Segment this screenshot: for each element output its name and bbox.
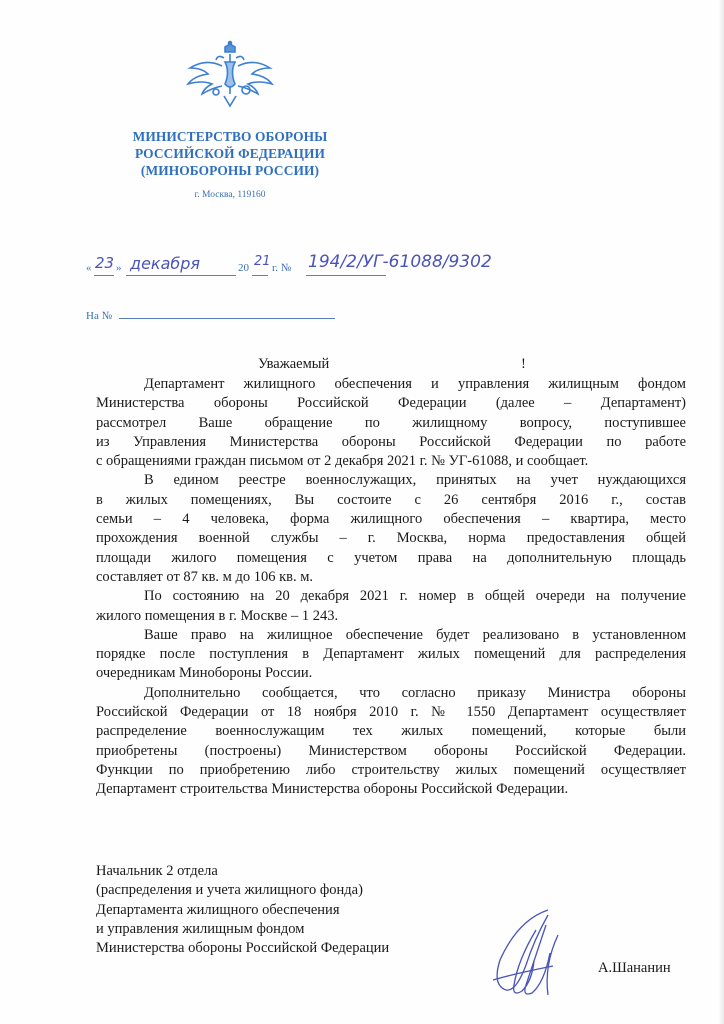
handwritten-signature-icon	[488, 905, 568, 1005]
signatory-line: Начальник 2 отдела	[96, 862, 389, 881]
year-suffix: 21	[254, 254, 271, 269]
text-line: По состоянию на 20 декабря 2021 г. номер…	[96, 587, 686, 606]
text-line: порядке после поступления в Департамент …	[96, 645, 686, 664]
ministry-name-line-1: МИНИСТЕРСТВО ОБОРОНЫ	[110, 128, 350, 145]
reference-value	[119, 308, 335, 319]
date-month: декабря	[130, 254, 200, 273]
year-prefix: 20	[238, 262, 249, 274]
text-line: Департамент строительства Министерства о…	[96, 780, 686, 799]
text-line: семьи – 4 человека, форма жилищного обес…	[96, 510, 686, 529]
text-line: в жилых помещениях, Вы состоите с 26 сен…	[96, 491, 686, 510]
ministry-address: г. Москва, 119160	[110, 190, 350, 200]
paragraph-4: Ваше право на жилищное обеспечение будет…	[96, 626, 686, 684]
text-line: Департамент жилищного обеспечения и упра…	[96, 375, 686, 394]
text-line: Функции по приобретению либо строительст…	[96, 761, 686, 780]
reference-line: На №	[86, 308, 335, 322]
number-label: г. №	[272, 262, 291, 274]
text-line: распределение военнослужащим тех жилых п…	[96, 722, 686, 741]
letter-page: МИНИСТЕРСТВО ОБОРОНЫ РОССИЙСКОЙ ФЕДЕРАЦИ…	[0, 0, 724, 1024]
text-line: приобретены (построены) Министерством об…	[96, 742, 686, 761]
reference-label: На №	[86, 310, 112, 322]
ministry-name-line-3: (МИНОБОРОНЫ РОССИИ)	[110, 162, 350, 179]
greeting: Уважаемый	[258, 356, 329, 373]
signatory-line: и управления жилищным фондом	[96, 920, 389, 939]
text-line: с обращениями граждан письмом от 2 декаб…	[96, 452, 686, 471]
text-line: составляет от 87 кв. м до 106 кв. м.	[96, 568, 686, 587]
text-line: прохождения военной службы – г. Москва, …	[96, 529, 686, 548]
text-line: рассмотрел Ваше обращение по жилищному в…	[96, 414, 686, 433]
text-line: из Управления Министерства обороны Росси…	[96, 433, 686, 452]
text-line: Российской Федерации от 18 ноября 2010 г…	[96, 703, 686, 722]
paragraph-5: Дополнительно сообщается, что согласно п…	[96, 684, 686, 800]
greeting-end: !	[521, 356, 526, 373]
close-quote: »	[116, 262, 122, 274]
addressee-block	[470, 130, 690, 210]
paragraph-2: В едином реестре военнослужащих, приняты…	[96, 471, 686, 587]
double-headed-eagle-emblem-icon	[180, 40, 280, 110]
signatory-line: (распределения и учета жилищного фонда)	[96, 881, 389, 900]
signatory-line: Департамента жилищного обеспечения	[96, 901, 389, 920]
date-number-line: « 23 » декабря 20 21 г. № 194/2/УГ-61088…	[86, 250, 526, 278]
ministry-name: МИНИСТЕРСТВО ОБОРОНЫ РОССИЙСКОЙ ФЕДЕРАЦИ…	[110, 128, 350, 179]
text-line: очередникам Минобороны России.	[96, 664, 686, 683]
signatory-title: Начальник 2 отдела (распределения и учет…	[96, 862, 389, 958]
text-line: В едином реестре военнослужащих, приняты…	[96, 471, 686, 490]
page-edge-shadow	[718, 0, 724, 1024]
text-line: площади жилого помещения с учетом права …	[96, 549, 686, 568]
open-quote: «	[86, 262, 92, 274]
letter-body: Департамент жилищного обеспечения и упра…	[96, 375, 686, 800]
text-line: Министерства обороны Российской Федераци…	[96, 394, 686, 413]
text-line: жилого помещения в г. Москве – 1 243.	[96, 607, 686, 626]
outgoing-number: 194/2/УГ-61088/9302	[308, 252, 492, 272]
signatory-line: Министерства обороны Российской Федераци…	[96, 939, 389, 958]
paragraph-3: По состоянию на 20 декабря 2021 г. номер…	[96, 587, 686, 626]
ministry-name-line-2: РОССИЙСКОЙ ФЕДЕРАЦИИ	[110, 145, 350, 162]
paragraph-1: Департамент жилищного обеспечения и упра…	[96, 375, 686, 471]
text-line: Дополнительно сообщается, что согласно п…	[96, 684, 686, 703]
date-day: 23	[95, 254, 114, 272]
text-line: Ваше право на жилищное обеспечение будет…	[96, 626, 686, 645]
signatory-name: А.Шананин	[598, 960, 671, 977]
